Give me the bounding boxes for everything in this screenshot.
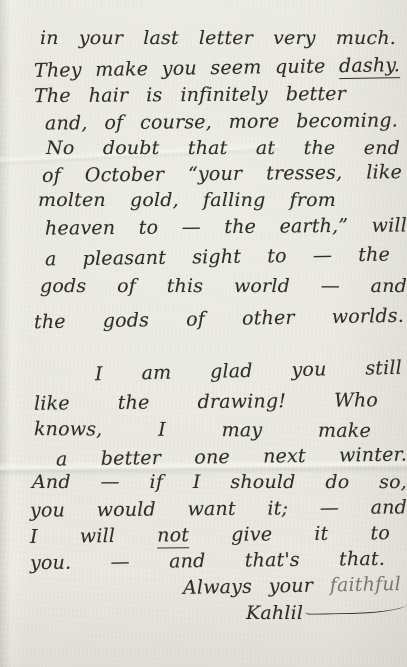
letter-line: a pleasant sight to — the <box>45 244 390 271</box>
letter-text: They make you seem quite <box>34 55 326 82</box>
letter-line: you. — and that's that. <box>30 548 385 574</box>
letter-text: knows, I may make <box>34 418 371 442</box>
letter-line: knows, I may make <box>34 418 371 442</box>
letter-text-light-ink: faithful <box>330 573 402 596</box>
letter-line: I am glad you still <box>95 357 402 385</box>
letter-text: The hair is infinitely better <box>34 83 346 107</box>
letter-line: I will not give it to <box>30 522 390 548</box>
letter-text: the gods of other worlds. <box>34 305 404 333</box>
letter-text: you would want it; — and <box>30 496 407 521</box>
letter-text: and, of course, more becoming. <box>45 109 398 134</box>
signature-flourish-stroke <box>305 602 407 615</box>
letter-text: in your last letter very much. <box>40 27 396 49</box>
letter-line: you would want it; — and <box>30 496 407 521</box>
letter-line: No doubt that at the end <box>46 137 400 159</box>
letter-line: in your last letter very much. <box>40 27 396 49</box>
underlined-word: dashy. <box>339 54 400 79</box>
letter-line: of October “your tresses, like <box>42 161 402 187</box>
letter-text: like the drawing! Who <box>34 389 378 415</box>
letter-line: a better one next winter. <box>56 444 407 471</box>
letter-text: gods of this world — and <box>40 275 407 297</box>
letter-line: They make you seem quite dashy. <box>34 54 400 82</box>
letter-text: And — if I should do so, <box>32 471 407 493</box>
letter-text: I will <box>30 525 115 548</box>
paper-left-edge-shading <box>0 0 28 667</box>
letter-line: And — if I should do so, <box>32 471 407 493</box>
letter-line closing-line: Always your faithful <box>183 573 401 599</box>
signature-name: Kahlil <box>246 602 303 624</box>
letter-line: molten gold, falling from <box>38 189 336 211</box>
letter-text: a better one next winter. <box>56 444 407 471</box>
letter-line: heaven to — the earth,” will <box>45 214 407 239</box>
letter-text: molten gold, falling from <box>38 189 336 211</box>
letter-line: like the drawing! Who <box>34 389 378 415</box>
letter-line: the gods of other worlds. <box>34 305 404 333</box>
underlined-word: not <box>157 524 189 548</box>
letter-line: gods of this world — and <box>40 275 407 297</box>
letter-line: The hair is infinitely better <box>34 83 346 107</box>
letter-text: Always your <box>183 575 313 599</box>
letter-text: you. — and that's that. <box>30 548 385 574</box>
letter-text: give it to <box>231 522 390 546</box>
letter-text: a pleasant sight to — the <box>45 244 390 271</box>
letter-page: in your last letter very much. They make… <box>0 0 407 667</box>
signature-line: Kahlil <box>246 602 407 624</box>
letter-text: No doubt that at the end <box>46 137 400 159</box>
letter-line: and, of course, more becoming. <box>45 109 398 134</box>
letter-text: of October “your tresses, like <box>42 161 402 187</box>
letter-text: I am glad you still <box>95 357 402 385</box>
letter-text: heaven to — the earth,” will <box>45 214 407 239</box>
